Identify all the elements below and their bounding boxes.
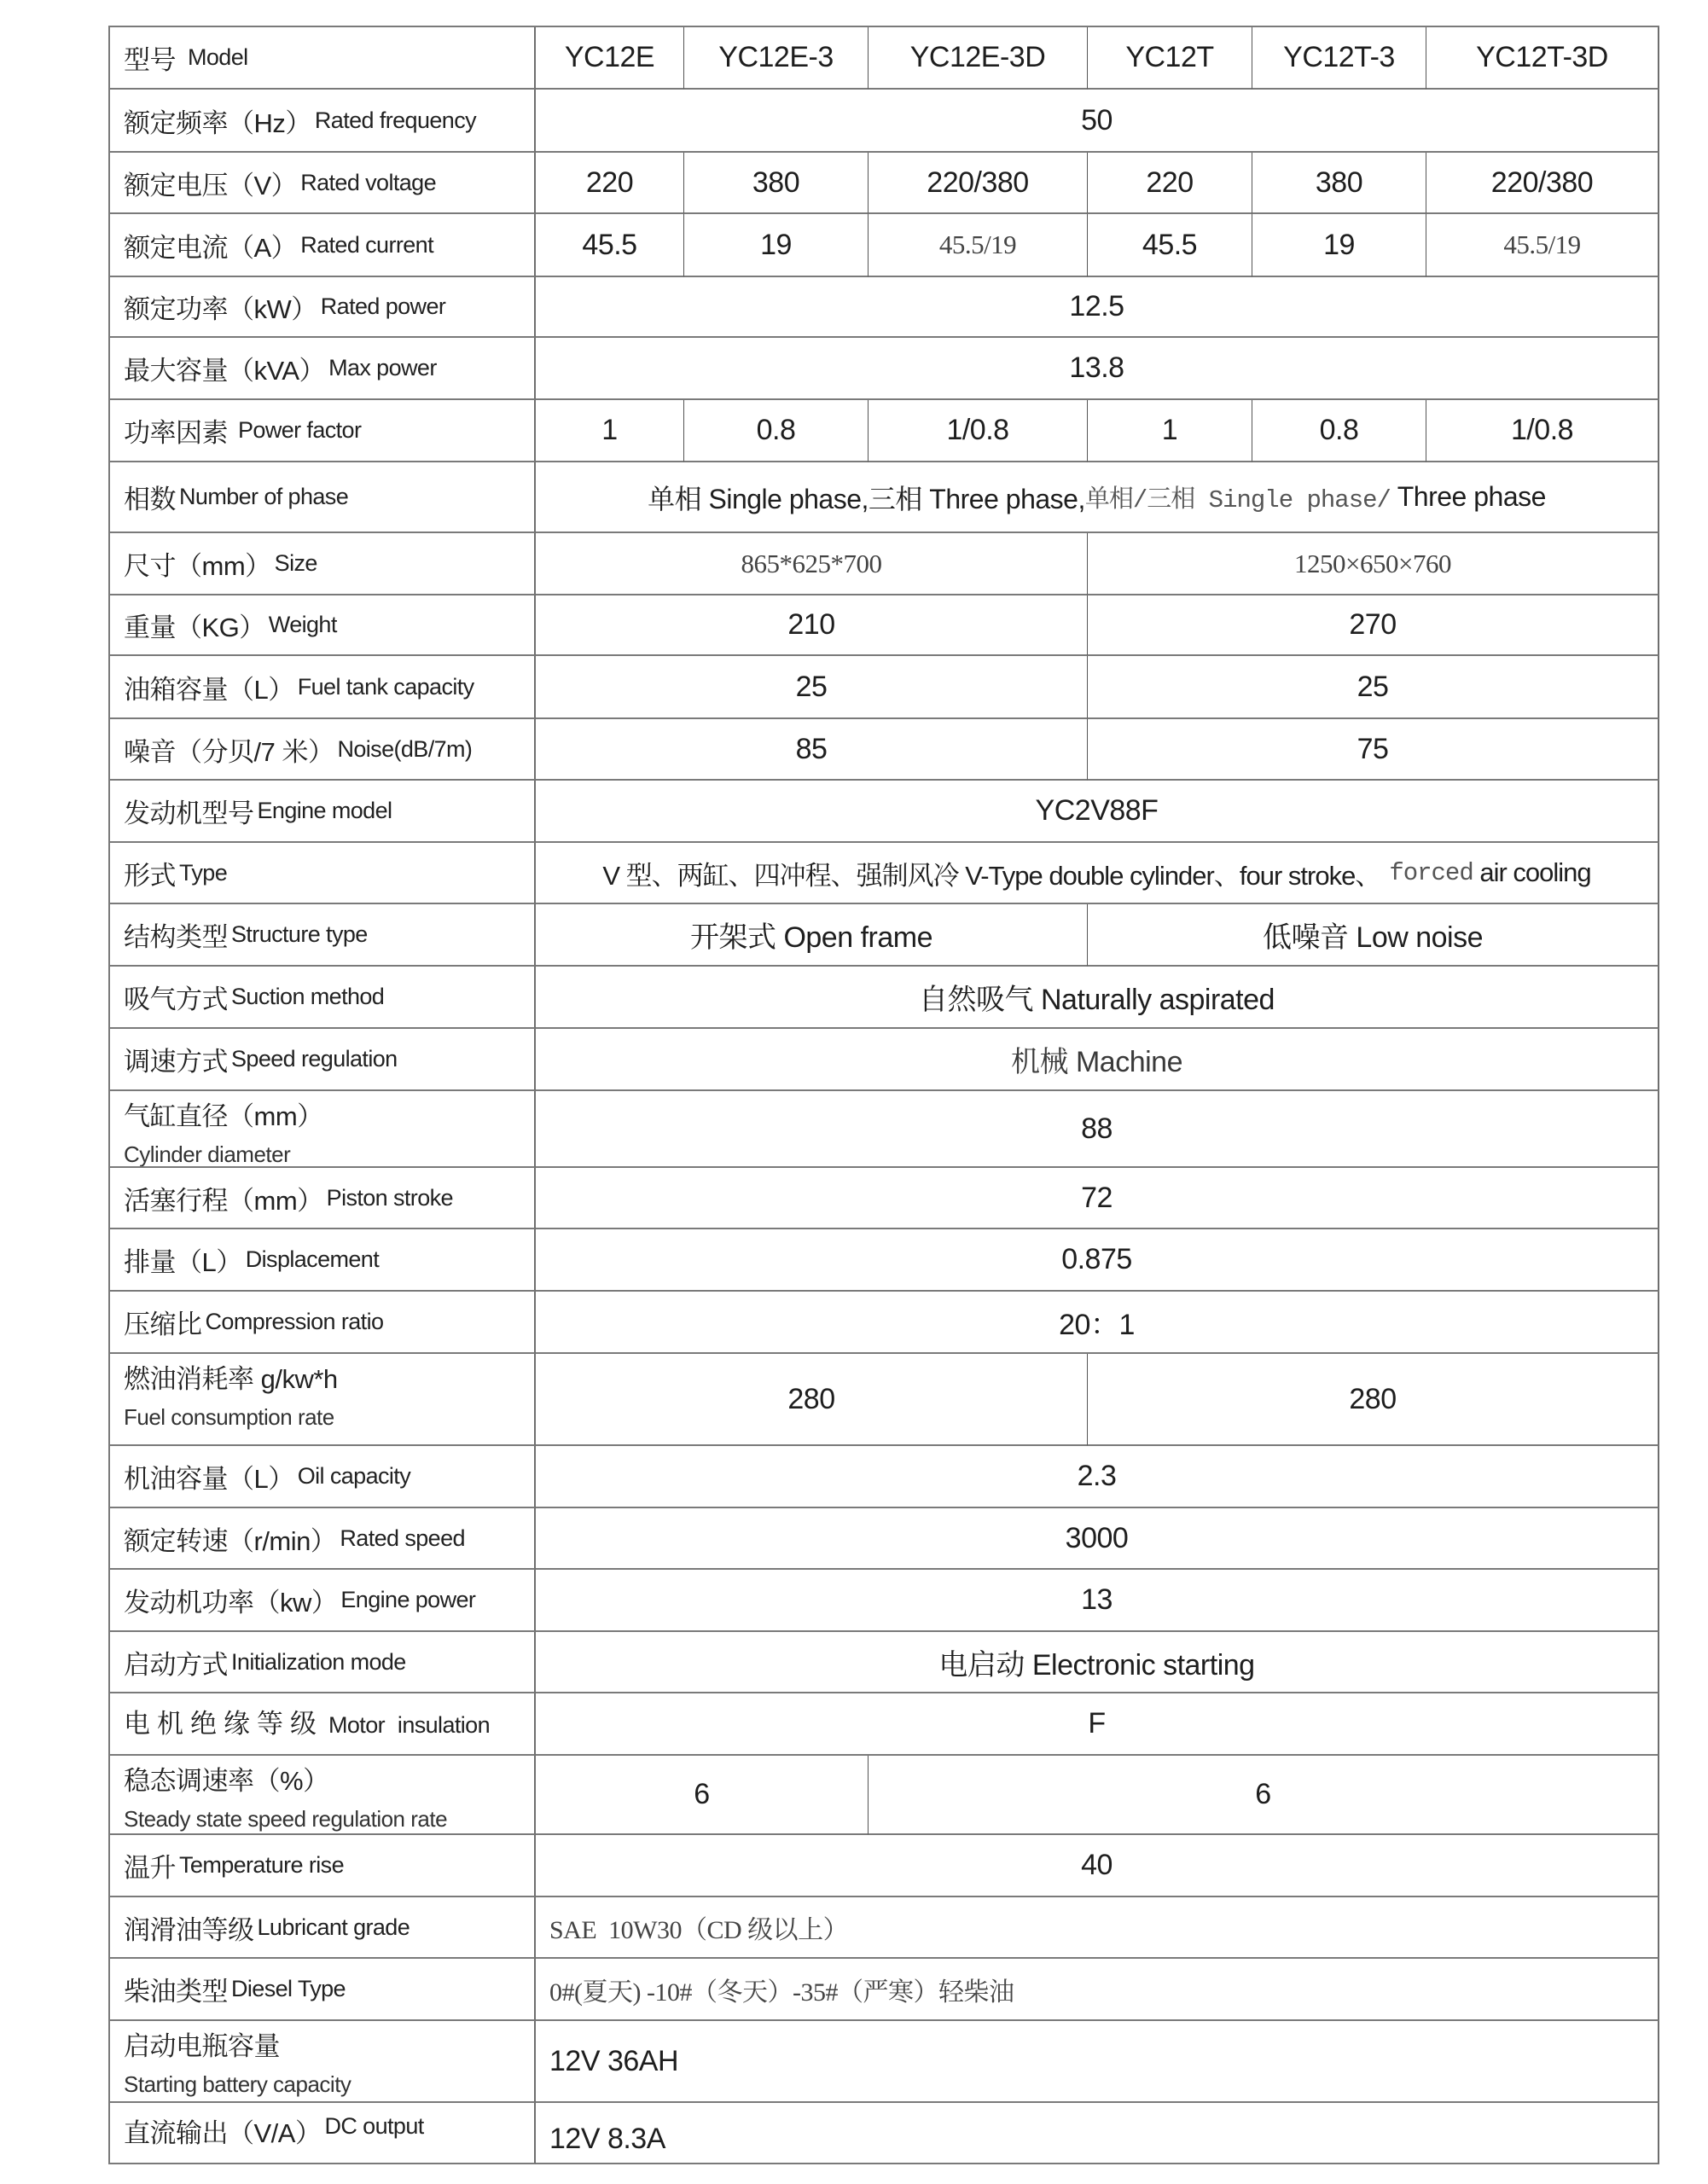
label-cn: 启动电瓶容量 bbox=[124, 2026, 280, 2067]
value-rated-current: 45.5/19 bbox=[1426, 214, 1659, 277]
label-cn: 启动方式 bbox=[124, 1643, 228, 1682]
label-en: Steady state speed regulation rate bbox=[124, 1802, 447, 1835]
value-suction-method: 自然吸气 Naturally aspirated bbox=[536, 967, 1659, 1029]
label-en: Power factor bbox=[238, 417, 361, 444]
label-cn: 额定电压（V） bbox=[124, 164, 297, 202]
label-en: Model bbox=[188, 44, 248, 71]
row-label-motor-insulation: 电机绝缘等级Motor insulation class bbox=[110, 1693, 536, 1756]
label-en: Piston stroke bbox=[327, 1185, 453, 1211]
label-en: Temperature rise bbox=[179, 1852, 344, 1879]
label-cn: 尺寸（mm） bbox=[124, 544, 271, 583]
type-text-part: forced bbox=[1389, 859, 1473, 887]
value-steady-state-right: 6 bbox=[869, 1756, 1659, 1835]
label-cn: 重量（KG） bbox=[124, 606, 265, 644]
row-label-lubricant-grade: 润滑油等级Lubricant grade bbox=[110, 1897, 536, 1959]
value-engine-model: YC2V88F bbox=[536, 781, 1659, 843]
label-cn: 额定功率（kW） bbox=[124, 288, 317, 326]
label-cn: 额定电流（A） bbox=[124, 226, 297, 264]
value-rated-voltage: 380 bbox=[684, 153, 869, 214]
row-label-max-power: 最大容量（kVA）Max power bbox=[110, 338, 536, 400]
label-en: Rated power bbox=[321, 293, 446, 320]
value-noise-open-frame: 85 bbox=[536, 719, 1088, 781]
row-label-engine-model: 发动机型号Engine model bbox=[110, 781, 536, 843]
label-cn: 直流输出（V/A） bbox=[124, 2111, 321, 2150]
label-cn: 油箱容量（L） bbox=[124, 668, 294, 706]
value-fuel-consumption-open-frame: 280 bbox=[536, 1354, 1088, 1446]
value-number-of-phase: 单相 Single phase,三相 Three phase,单相/三相 Sin… bbox=[536, 462, 1659, 533]
row-label-steady-state-regulation: 稳态调速率（%）Steady state speed regulation ra… bbox=[110, 1756, 536, 1835]
value-fuel-tank-low-noise: 25 bbox=[1088, 656, 1659, 719]
value-rated-current: 19 bbox=[684, 214, 869, 277]
value-displacement: 0.875 bbox=[536, 1229, 1659, 1292]
value-rated-voltage: 220 bbox=[1088, 153, 1252, 214]
label-cn: 功率因素 bbox=[124, 411, 228, 450]
model-header-cell: YC12T-3 bbox=[1252, 27, 1426, 90]
label-cn: 型号 bbox=[124, 38, 176, 77]
model-header-cell: YC12T bbox=[1088, 27, 1252, 90]
value-rated-current: 19 bbox=[1252, 214, 1426, 277]
label-en: Initialization mode bbox=[231, 1649, 406, 1676]
model-header-cell: YC12E-3D bbox=[869, 27, 1088, 90]
row-label-power-factor: 功率因素Power factor bbox=[110, 400, 536, 462]
label-cn: 机油容量（L） bbox=[124, 1457, 294, 1496]
row-label-compression-ratio: 压缩比Compression ratio bbox=[110, 1292, 536, 1354]
value-power-factor: 1 bbox=[1088, 400, 1252, 462]
label-cn: 压缩比 bbox=[124, 1303, 202, 1341]
label-cn: 柴油类型 bbox=[124, 1970, 228, 2008]
row-label-structure-type: 结构类型Structure type bbox=[110, 904, 536, 967]
value-max-power: 13.8 bbox=[536, 338, 1659, 400]
value-power-factor: 0.8 bbox=[684, 400, 869, 462]
label-cn: 活塞行程（mm） bbox=[124, 1179, 323, 1217]
label-en: Rated frequency bbox=[315, 107, 476, 134]
label-cn: 噪音（分贝/7 米） bbox=[124, 730, 334, 769]
value-power-factor: 1/0.8 bbox=[869, 400, 1088, 462]
row-label-starting-battery: 启动电瓶容量Starting battery capacity bbox=[110, 2021, 536, 2103]
label-en: Size bbox=[275, 550, 317, 577]
value-oil-capacity: 2.3 bbox=[536, 1446, 1659, 1508]
value-dc-output: 12V 8.3A bbox=[536, 2103, 1659, 2164]
value-rated-speed: 3000 bbox=[536, 1508, 1659, 1570]
label-en: Rated speed bbox=[340, 1525, 465, 1552]
label-en: Structure type bbox=[231, 921, 368, 948]
value-power-factor: 1/0.8 bbox=[1426, 400, 1659, 462]
row-label-weight: 重量（KG）Weight bbox=[110, 595, 536, 656]
label-en: Type bbox=[179, 860, 227, 886]
value-steady-state-left: 6 bbox=[536, 1756, 869, 1835]
row-label-rated-frequency: 额定频率（Hz）Rated frequency bbox=[110, 90, 536, 153]
label-en: Engine power bbox=[340, 1587, 475, 1613]
value-engine-power: 13 bbox=[536, 1570, 1659, 1632]
row-label-speed-regulation: 调速方式Speed regulation bbox=[110, 1029, 536, 1091]
value-power-factor: 1 bbox=[536, 400, 684, 462]
label-cn: 额定转速（r/min） bbox=[124, 1519, 336, 1558]
row-label-model: 型号Model bbox=[110, 27, 536, 90]
model-header-cell: YC12E-3 bbox=[684, 27, 869, 90]
label-cn: 形式 bbox=[124, 854, 176, 892]
label-wrap: 电机绝缘等级Motor insulation class bbox=[124, 1702, 525, 1756]
label-cn: 电机绝缘等级 bbox=[124, 1709, 323, 1739]
label-en: Lubricant grade bbox=[258, 1914, 410, 1941]
phase-text-part: 单相/三相 Single phase/ bbox=[1085, 479, 1391, 514]
label-en: Number of phase bbox=[179, 484, 348, 510]
label-en: Starting battery capacity bbox=[124, 2067, 351, 2101]
label-cn: 气缸直径（mm） bbox=[124, 1096, 323, 1137]
row-label-engine-power: 发动机功率（kw）Engine power bbox=[110, 1570, 536, 1632]
type-text-part: V 型、两缸、四冲程、强制风冷 V-Type double cylinder、f… bbox=[602, 854, 1380, 892]
value-rated-voltage: 220/380 bbox=[1426, 153, 1659, 214]
row-label-rated-power: 额定功率（kW）Rated power bbox=[110, 277, 536, 338]
label-en: Fuel tank capacity bbox=[298, 674, 474, 700]
value-compression-ratio: 20：1 bbox=[536, 1292, 1659, 1354]
value-fuel-consumption-low-noise: 280 bbox=[1088, 1354, 1659, 1446]
value-fuel-tank-open-frame: 25 bbox=[536, 656, 1088, 719]
value-type: V 型、两缸、四冲程、强制风冷 V-Type double cylinder、f… bbox=[536, 843, 1659, 904]
row-label-size: 尺寸（mm）Size bbox=[110, 533, 536, 595]
label-cn: 最大容量（kVA） bbox=[124, 349, 325, 387]
value-lubricant-grade: SAE 10W30（CD 级以上） bbox=[536, 1897, 1659, 1959]
value-rated-current: 45.5 bbox=[1088, 214, 1252, 277]
value-motor-insulation: F bbox=[536, 1693, 1659, 1756]
label-en: DC output bbox=[324, 2111, 423, 2140]
row-label-dc-output: 直流输出（V/A）DC output bbox=[110, 2103, 536, 2164]
row-label-number-of-phase: 相数Number of phase bbox=[110, 462, 536, 533]
phase-text-part: Three phase bbox=[1391, 481, 1546, 513]
value-initialization-mode: 电启动 Electronic starting bbox=[536, 1632, 1659, 1693]
row-label-type: 形式Type bbox=[110, 843, 536, 904]
model-header-cell: YC12T-3D bbox=[1426, 27, 1659, 90]
value-power-factor: 0.8 bbox=[1252, 400, 1426, 462]
label-en: Noise(dB/7m) bbox=[337, 736, 472, 763]
label-en: Speed regulation bbox=[231, 1046, 398, 1072]
value-diesel-type: 0#(夏天) -10#（冬天）-35#（严寒）轻柴油 bbox=[536, 1959, 1659, 2021]
row-label-suction-method: 吸气方式Suction method bbox=[110, 967, 536, 1029]
row-label-rated-voltage: 额定电压（V）Rated voltage bbox=[110, 153, 536, 214]
label-en: Rated current bbox=[300, 232, 433, 258]
row-label-fuel-tank-capacity: 油箱容量（L）Fuel tank capacity bbox=[110, 656, 536, 719]
label-cn: 发动机型号 bbox=[124, 792, 254, 830]
label-en: Engine model bbox=[258, 798, 392, 824]
label-en: Displacement bbox=[246, 1246, 379, 1273]
label-en: Fuel consumption rate bbox=[124, 1400, 334, 1434]
value-size-open-frame: 865*625*700 bbox=[536, 533, 1088, 595]
row-label-diesel-type: 柴油类型Diesel Type bbox=[110, 1959, 536, 2021]
value-weight-open-frame: 210 bbox=[536, 595, 1088, 656]
value-rated-power: 12.5 bbox=[536, 277, 1659, 338]
label-cn: 燃油消耗率 g/kw*h bbox=[124, 1359, 338, 1400]
row-label-noise: 噪音（分贝/7 米）Noise(dB/7m) bbox=[110, 719, 536, 781]
row-label-fuel-consumption-rate: 燃油消耗率 g/kw*hFuel consumption rate bbox=[110, 1354, 536, 1446]
value-speed-regulation: 机械 Machine bbox=[536, 1029, 1659, 1091]
row-label-oil-capacity: 机油容量（L）Oil capacity bbox=[110, 1446, 536, 1508]
value-rated-current: 45.5 bbox=[536, 214, 684, 277]
row-label-rated-speed: 额定转速（r/min）Rated speed bbox=[110, 1508, 536, 1570]
row-label-rated-current: 额定电流（A）Rated current bbox=[110, 214, 536, 277]
value-rated-voltage: 220/380 bbox=[869, 153, 1088, 214]
row-label-temperature-rise: 温升Temperature rise bbox=[110, 1835, 536, 1897]
label-en: Weight bbox=[269, 612, 337, 638]
value-structure-low-noise: 低噪音 Low noise bbox=[1088, 904, 1659, 967]
value-rated-voltage: 380 bbox=[1252, 153, 1426, 214]
label-cn: 排量（L） bbox=[124, 1240, 242, 1279]
label-cn: 额定频率（Hz） bbox=[124, 102, 311, 140]
value-cylinder-diameter: 88 bbox=[536, 1091, 1659, 1168]
value-rated-frequency: 50 bbox=[536, 90, 1659, 153]
label-cn: 稳态调速率（%） bbox=[124, 1761, 329, 1802]
row-label-cylinder-diameter: 气缸直径（mm）Cylinder diameter bbox=[110, 1091, 536, 1168]
model-header-cell: YC12E bbox=[536, 27, 684, 90]
label-cn: 温升 bbox=[124, 1846, 176, 1885]
label-cn: 发动机功率（kw） bbox=[124, 1581, 337, 1619]
value-starting-battery: 12V 36AH bbox=[536, 2021, 1659, 2103]
value-rated-current: 45.5/19 bbox=[869, 214, 1088, 277]
label-en: Oil capacity bbox=[298, 1463, 410, 1490]
label-cn: 调速方式 bbox=[124, 1040, 228, 1078]
label-cn: 润滑油等级 bbox=[124, 1908, 254, 1947]
value-rated-voltage: 220 bbox=[536, 153, 684, 214]
label-en: Cylinder diameter bbox=[124, 1137, 290, 1168]
type-text-part: air cooling bbox=[1473, 857, 1591, 888]
value-noise-low-noise: 75 bbox=[1088, 719, 1659, 781]
value-temperature-rise: 40 bbox=[536, 1835, 1659, 1897]
row-label-initialization-mode: 启动方式Initialization mode bbox=[110, 1632, 536, 1693]
value-weight-low-noise: 270 bbox=[1088, 595, 1659, 656]
row-label-piston-stroke: 活塞行程（mm）Piston stroke bbox=[110, 1168, 536, 1229]
label-en: Diesel Type bbox=[231, 1976, 346, 2002]
row-label-displacement: 排量（L）Displacement bbox=[110, 1229, 536, 1292]
label-en: Max power bbox=[328, 355, 437, 381]
phase-text-part: 单相 Single phase,三相 Three phase, bbox=[648, 478, 1085, 517]
spec-table: 型号Model YC12E YC12E-3 YC12E-3D YC12T YC1… bbox=[108, 26, 1659, 2164]
value-size-low-noise: 1250×650×760 bbox=[1088, 533, 1659, 595]
label-cn: 相数 bbox=[124, 478, 176, 516]
value-piston-stroke: 72 bbox=[536, 1168, 1659, 1229]
label-cn: 结构类型 bbox=[124, 915, 228, 954]
label-cn: 吸气方式 bbox=[124, 978, 228, 1016]
label-en: Rated voltage bbox=[300, 170, 436, 196]
label-en: Suction method bbox=[231, 984, 384, 1010]
value-structure-open-frame: 开架式 Open frame bbox=[536, 904, 1088, 967]
label-en: Compression ratio bbox=[206, 1309, 384, 1335]
